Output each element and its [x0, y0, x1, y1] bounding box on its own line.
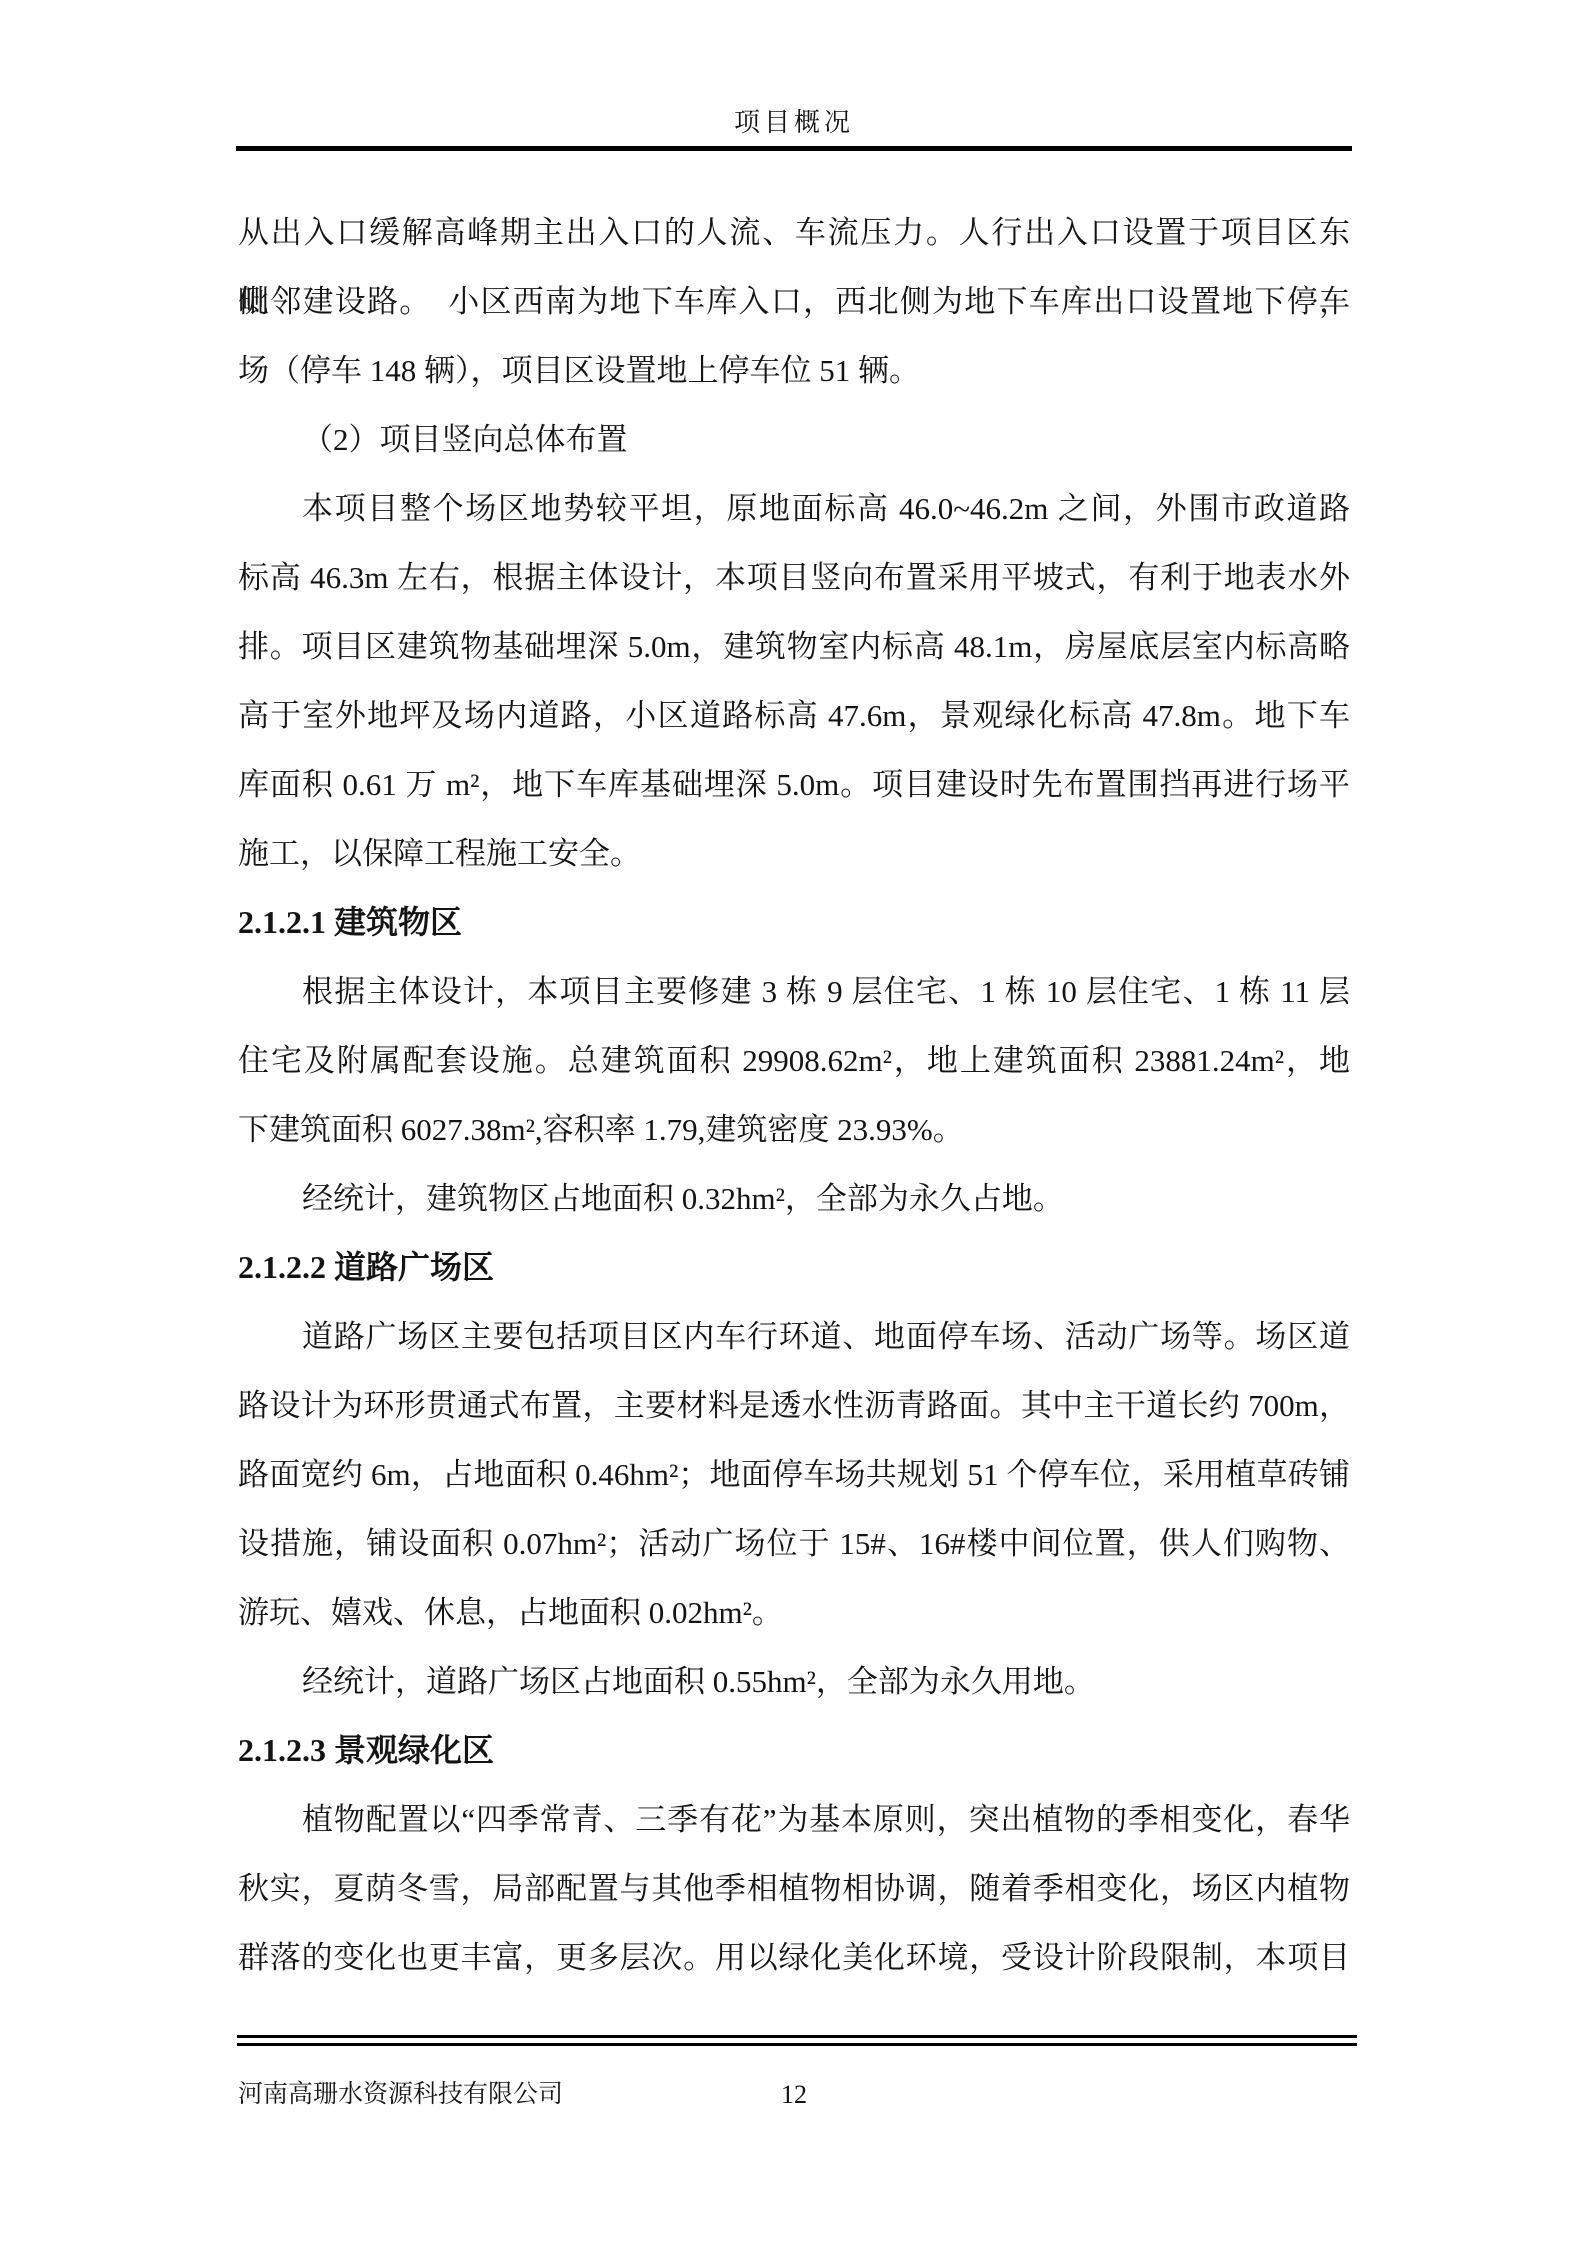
text-line: 住宅及附属配套设施。总建筑面积 29908.62m²，地上建筑面积 23881.… — [238, 1026, 1350, 1095]
section-heading: 2.1.2.1 建筑物区 — [238, 888, 1350, 957]
text-line: 高于室外地坪及场内道路，小区道路标高 47.6m，景观绿化标高 47.8m。地下… — [238, 681, 1350, 750]
text-line: 库面积 0.61 万 m²，地下车库基础埋深 5.0m。项目建设时先布置围挡再进… — [238, 750, 1350, 819]
text-line: 根据主体设计，本项目主要修建 3 栋 9 层住宅、1 栋 10 层住宅、1 栋 … — [238, 957, 1350, 1026]
text-line: 路设计为环形贯通式布置，主要材料是透水性沥青路面。其中主干道长约 700m， — [238, 1371, 1350, 1440]
text-line: 本项目整个场区地势较平坦，原地面标高 46.0~46.2m 之间，外围市政道路 — [238, 474, 1350, 543]
text-line: （2）项目竖向总体布置 — [238, 405, 1350, 474]
text-line: 下建筑面积 6027.38m²,容积率 1.79,建筑密度 23.93%。 — [238, 1095, 1350, 1164]
header-title: 项目概况 — [238, 104, 1350, 142]
document-body: 从出入口缓解高峰期主出入口的人流、车流压力。人行出入口设置于项目区东侧，毗邻建设… — [238, 198, 1350, 1992]
text-line: 群落的变化也更丰富，更多层次。用以绿化美化环境，受设计阶段限制，本项目 — [238, 1923, 1350, 1992]
text-line: 道路广场区主要包括项目区内车行环道、地面停车场、活动广场等。场区道 — [238, 1302, 1350, 1371]
text-line: 路面宽约 6m，占地面积 0.46hm²；地面停车场共规划 51 个停车位，采用… — [238, 1440, 1350, 1509]
text-line: 毗邻建设路。 小区西南为地下车库入口，西北侧为地下车库出口设置地下停车 — [238, 267, 1350, 336]
text-line: 从出入口缓解高峰期主出入口的人流、车流压力。人行出入口设置于项目区东侧， — [238, 198, 1350, 267]
footer-separator — [237, 2035, 1357, 2046]
section-heading: 2.1.2.2 道路广场区 — [238, 1233, 1350, 1302]
header-rule — [236, 146, 1352, 151]
text-line: 施工，以保障工程施工安全。 — [238, 819, 1350, 888]
text-line: 秋实，夏荫冬雪，局部配置与其他季相植物相协调，随着季相变化，场区内植物 — [238, 1854, 1350, 1923]
text-line: 经统计，道路广场区占地面积 0.55hm²，全部为永久用地。 — [238, 1647, 1350, 1716]
text-line: 游玩、嬉戏、休息，占地面积 0.02hm²。 — [238, 1578, 1350, 1647]
document-page: 项目概况 从出入口缓解高峰期主出入口的人流、车流压力。人行出入口设置于项目区东侧… — [0, 0, 1587, 2245]
footer-page-number: 12 — [238, 2076, 1350, 2114]
text-line: 经统计，建筑物区占地面积 0.32hm²，全部为永久占地。 — [238, 1164, 1350, 1233]
text-line: 场（停车 148 辆），项目区设置地上停车位 51 辆。 — [238, 336, 1350, 405]
section-heading: 2.1.2.3 景观绿化区 — [238, 1716, 1350, 1785]
text-line: 排。项目区建筑物基础埋深 5.0m，建筑物室内标高 48.1m，房屋底层室内标高… — [238, 612, 1350, 681]
text-line: 植物配置以“四季常青、三季有花”为基本原则，突出植物的季相变化，春华 — [238, 1785, 1350, 1854]
text-line: 标高 46.3m 左右，根据主体设计，本项目竖向布置采用平坡式，有利于地表水外 — [238, 543, 1350, 612]
text-line: 设措施，铺设面积 0.07hm²；活动广场位于 15#、16#楼中间位置，供人们… — [238, 1509, 1350, 1578]
